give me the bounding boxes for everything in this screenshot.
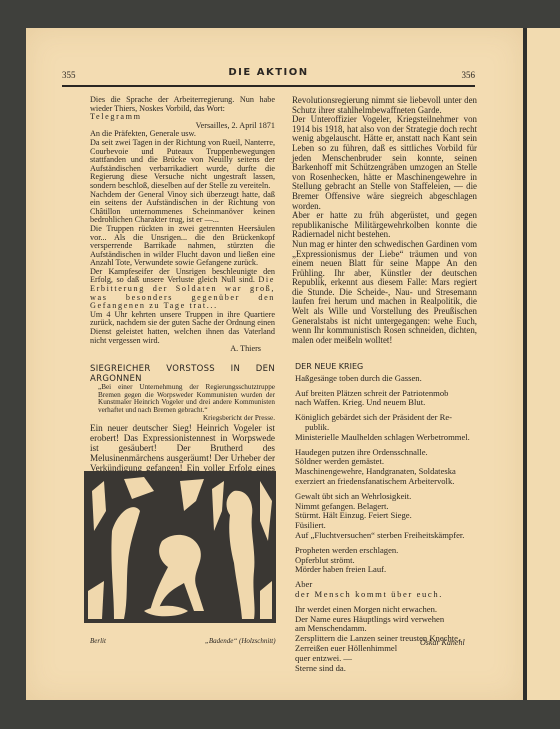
running-header: 355 DIE AKTION 356: [62, 66, 475, 82]
right-column: Revolutionsregierung nimmt sie liebevoll…: [292, 96, 477, 345]
magazine-title: DIE AKTION: [62, 67, 475, 78]
page-number-right: 356: [462, 70, 476, 80]
poem-line: Haßgesänge toben durch die Gassen.: [295, 374, 485, 384]
poem-stanza: Haßgesänge toben durch die Gassen.: [295, 374, 485, 384]
poem-author: Oskar Kanehl: [420, 638, 465, 647]
paragraph: Da seit zwei Tagen in der Richtung von R…: [90, 139, 275, 191]
poem-stanza: Aber der Mensch kommt über euch.: [295, 580, 485, 600]
quote-source: Kriegsbericht der Presse.: [90, 415, 275, 423]
bathers-woodcut-icon: [84, 471, 276, 623]
figure-caption: „Badende“ (Holzschnitt): [205, 637, 276, 645]
paragraph: Um 4 Uhr kehrten unsere Truppen in ihre …: [90, 311, 275, 345]
poem-stanza: Propheten werden erschlagen. Opferblut s…: [295, 546, 485, 575]
woodcut-illustration: [84, 471, 276, 623]
poem-stanza: Königlich gebärdet sich der Präsident de…: [295, 413, 485, 442]
left-column: Dies die Sprache der Arbeiterregierung. …: [90, 96, 275, 533]
poem: DER NEUE KRIEG Haßgesänge toben durch di…: [295, 362, 485, 678]
paragraph: Der Kampfeseifer der Unsrigen beschleuni…: [90, 268, 275, 311]
poem-line: nach Waffen. Krieg. Und neuem Blut.: [295, 398, 485, 408]
paragraph: Nachdem der General Vinoy sich überzeugt…: [90, 191, 275, 225]
poem-line: Mörder haben freien Lauf.: [295, 565, 485, 575]
poem-line: Sterne sind da.: [295, 664, 485, 674]
press-quote: „Bei einer Unternehmung der Regierungssc…: [90, 384, 275, 415]
poem-stanza: Auf breiten Plätzen schreit der Patriote…: [295, 389, 485, 409]
signature: A. Thiers: [90, 345, 275, 354]
intro-text: Dies die Sprache der Arbeiterregierung. …: [90, 96, 275, 113]
paragraph: Revolutionsregierung nimmt sie liebevoll…: [292, 96, 477, 115]
paragraph: Aber er hatte zu früh abgerüstet, und ge…: [292, 211, 477, 240]
poem-line: Auf „Fluchtversuchen“ sterben Freiheitsk…: [295, 531, 485, 541]
poem-stanza: Gewalt übt sich an Wehrlosigkeit. Nimmt …: [295, 492, 485, 541]
paragraph-part: Der Kampfeseifer der Unsrigen beschleuni…: [90, 267, 275, 285]
paragraph: Die Truppen rückten in zwei getrennten H…: [90, 225, 275, 268]
poem-line: Ministerielle Maulhelden schlagen Werbet…: [295, 433, 485, 443]
header-rule: [62, 85, 475, 87]
poem-line-emphasis: der Mensch kommt über euch.: [295, 590, 485, 600]
poem-title: DER NEUE KRIEG: [295, 362, 485, 372]
figure-artist: Berlit: [90, 637, 106, 645]
paragraph: Der Unteroffizier Vogeler, Kriegsteilneh…: [292, 115, 477, 211]
poem-stanza: Haudegen putzen ihre Ordensschnalle. Söl…: [295, 448, 485, 487]
next-page-edge: [527, 28, 560, 700]
section-heading: SIEGREICHER VORSTOSS IN DEN ARGONNEN: [90, 364, 275, 384]
paragraph: Nun mag er hinter den schwedischen Gardi…: [292, 240, 477, 346]
poem-line: exerziert an friedensfanatischem Arbeite…: [295, 477, 485, 487]
